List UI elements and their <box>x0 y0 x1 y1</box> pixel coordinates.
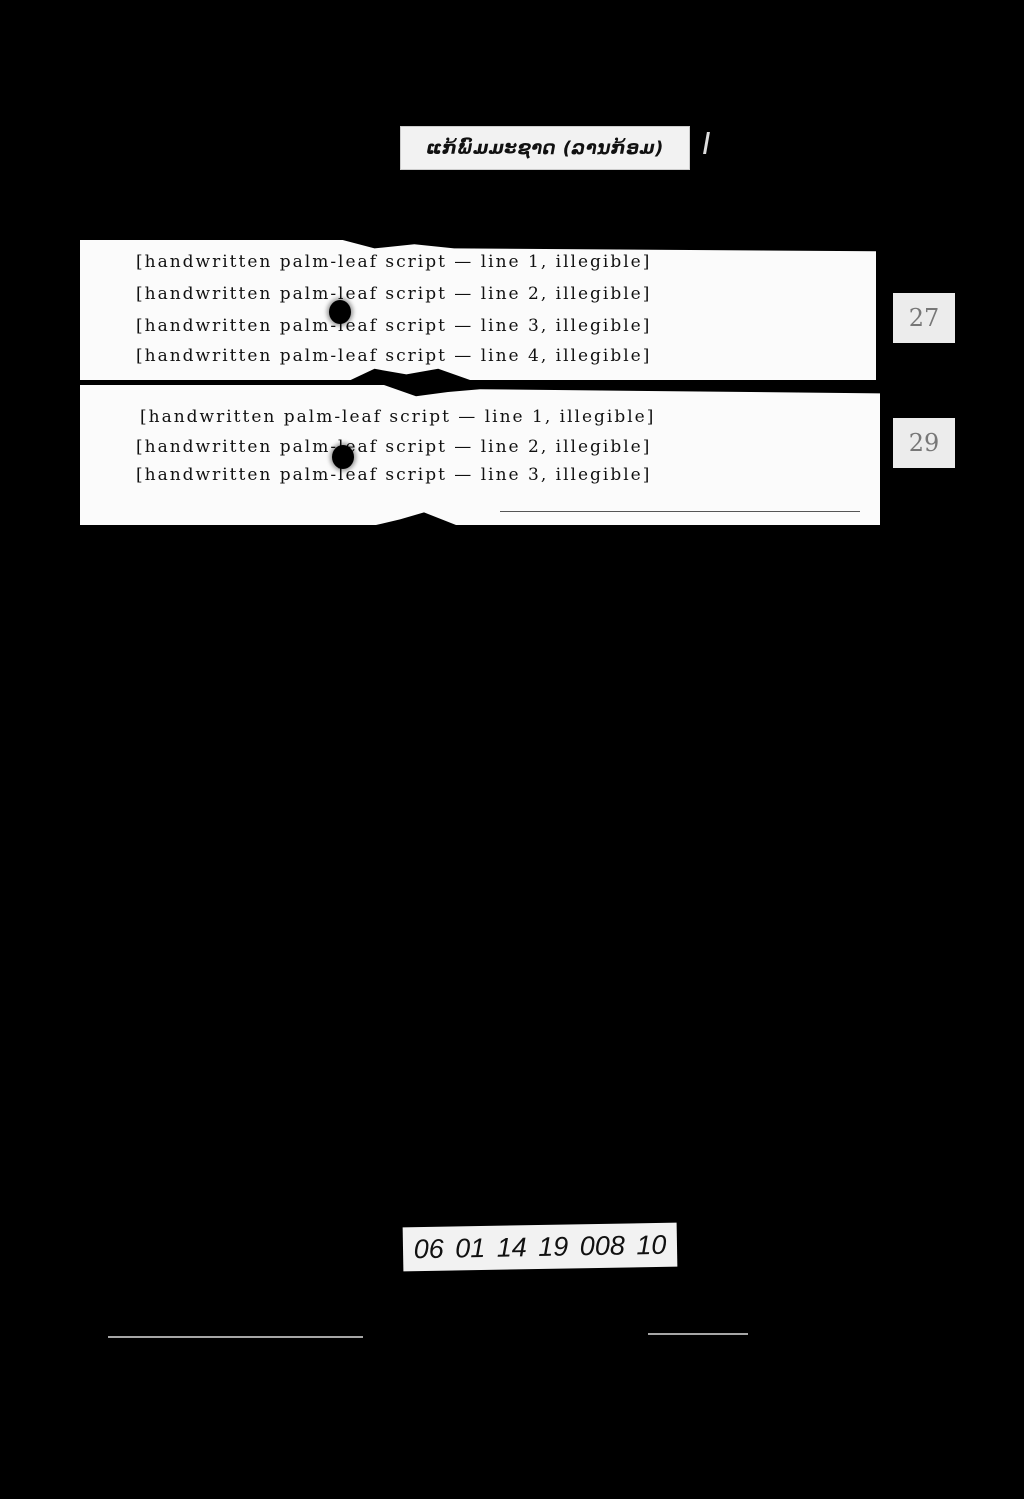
leaf-1-line-3: [handwritten palm-leaf script — line 3, … <box>136 316 651 336</box>
scan-mark <box>703 132 710 154</box>
archive-id: 06 01 14 19 008 10 <box>413 1229 666 1264</box>
leaf-1-line-2: [handwritten palm-leaf script — line 2, … <box>136 284 651 304</box>
scan-artifact-line <box>108 1336 363 1338</box>
palm-leaf-2: [handwritten palm-leaf script — line 1, … <box>80 385 880 525</box>
string-hole-icon <box>332 445 354 469</box>
manuscript-title-label: ແກ້ພົມມະຊາດ (ລານກ້ອມ) <box>400 126 690 170</box>
leaf-2-line-2: [handwritten palm-leaf script — line 2, … <box>136 437 651 457</box>
manuscript-title: ແກ້ພົມມະຊາດ (ລານກ້ອມ) <box>426 138 664 159</box>
palm-leaf-1: [handwritten palm-leaf script — line 1, … <box>80 240 876 380</box>
page-number-29: 29 <box>893 418 955 468</box>
archive-id-label: 06 01 14 19 008 10 <box>403 1223 678 1272</box>
leaf-edge-mark <box>500 511 860 512</box>
leaf-2-line-3: [handwritten palm-leaf script — line 3, … <box>136 465 651 485</box>
leaf-2-line-1: [handwritten palm-leaf script — line 1, … <box>140 407 655 427</box>
scan-artifact-line <box>648 1333 748 1335</box>
string-hole-icon <box>329 300 351 324</box>
page-number-27: 27 <box>893 293 955 343</box>
leaf-1-line-1: [handwritten palm-leaf script — line 1, … <box>136 252 651 272</box>
leaf-1-line-4: [handwritten palm-leaf script — line 4, … <box>136 346 651 366</box>
